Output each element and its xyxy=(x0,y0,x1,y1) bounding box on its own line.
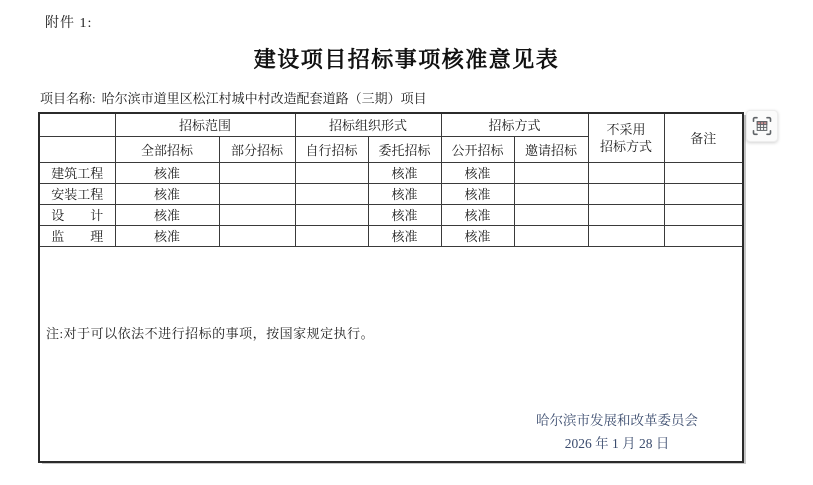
table-cell xyxy=(588,162,664,183)
row-label: 安装工程 xyxy=(39,183,115,204)
header-no-bidding-line2: 招标方式 xyxy=(591,138,662,155)
table-row-construction: 建筑工程 核准 核准 核准 xyxy=(39,162,743,183)
row-label: 设 计 xyxy=(39,204,115,225)
header-no-bidding-line1: 不采用 xyxy=(591,121,662,138)
project-name-value: 哈尔滨市道里区松江村城中村改造配套道路（三期）项目 xyxy=(102,91,427,106)
header-remark: 备注 xyxy=(664,113,743,162)
table-cell xyxy=(295,183,368,204)
table-cell xyxy=(514,162,588,183)
project-name-label: 项目名称: xyxy=(40,91,96,106)
table-cell xyxy=(588,204,664,225)
signature-date: 2026 年 1 月 28 日 xyxy=(536,432,698,455)
table-row-design: 设 计 核准 核准 核准 xyxy=(39,204,743,225)
table-row-supervision: 监 理 核准 核准 核准 xyxy=(39,225,743,246)
sub-header-full-bidding: 全部招标 xyxy=(115,136,219,162)
table-cell xyxy=(295,225,368,246)
table-cell: 核准 xyxy=(441,183,514,204)
table-cell: 核准 xyxy=(115,204,219,225)
header-no-bidding: 不采用 招标方式 xyxy=(588,113,664,162)
table-cell xyxy=(219,183,295,204)
table-cell xyxy=(219,225,295,246)
table-cell xyxy=(219,162,295,183)
table-cell xyxy=(588,225,664,246)
table-cell xyxy=(664,204,743,225)
table-cell xyxy=(588,183,664,204)
table-cell: 核准 xyxy=(368,204,441,225)
corner-cell xyxy=(39,113,115,136)
footer-merged-row: 注:对于可以依法不进行招标的事项，按国家规定执行。 哈尔滨市发展和改革委员会 2… xyxy=(39,246,743,462)
attachment-label: 附件 1: xyxy=(45,12,92,32)
group-header-scope: 招标范围 xyxy=(115,113,295,136)
corner-cell-2 xyxy=(39,136,115,162)
table-cell xyxy=(664,162,743,183)
page-title: 建设项目招标事项核准意见表 xyxy=(0,43,813,74)
table-cell: 核准 xyxy=(368,225,441,246)
table-cell xyxy=(514,183,588,204)
table-cell xyxy=(514,225,588,246)
sub-header-entrusted-bidding: 委托招标 xyxy=(368,136,441,162)
signature-organization: 哈尔滨市发展和改革委员会 xyxy=(536,409,698,432)
approval-table: 招标范围 招标组织形式 招标方式 不采用 招标方式 备注 全部招标 部分招标 自… xyxy=(38,112,744,463)
table-cell: 核准 xyxy=(441,204,514,225)
sub-header-self-bidding: 自行招标 xyxy=(295,136,368,162)
project-name-line: 项目名称:哈尔滨市道里区松江村城中村改造配套道路（三期）项目 xyxy=(40,88,427,107)
table-cell xyxy=(664,183,743,204)
signature-block: 哈尔滨市发展和改革委员会 2026 年 1 月 28 日 xyxy=(536,409,698,455)
note-signature-cell: 注:对于可以依法不进行招标的事项，按国家规定执行。 哈尔滨市发展和改革委员会 2… xyxy=(39,246,743,462)
table-cell: 核准 xyxy=(368,162,441,183)
sub-header-invited-bidding: 邀请招标 xyxy=(514,136,588,162)
table-cell: 核准 xyxy=(115,225,219,246)
table-cell: 核准 xyxy=(441,162,514,183)
table-cell xyxy=(664,225,743,246)
table-cell xyxy=(295,162,368,183)
header-row-groups: 招标范围 招标组织形式 招标方式 不采用 招标方式 备注 xyxy=(39,113,743,136)
group-header-method: 招标方式 xyxy=(441,113,588,136)
table-cell xyxy=(514,204,588,225)
table-cell xyxy=(295,204,368,225)
table-cell: 核准 xyxy=(115,162,219,183)
row-label: 监 理 xyxy=(39,225,115,246)
note-text: 注:对于可以依法不进行招标的事项，按国家规定执行。 xyxy=(46,323,374,342)
group-header-organization: 招标组织形式 xyxy=(295,113,441,136)
table-cell xyxy=(219,204,295,225)
table-cell: 核准 xyxy=(115,183,219,204)
table-capture-icon xyxy=(752,116,772,136)
table-cell: 核准 xyxy=(368,183,441,204)
table-row-installation: 安装工程 核准 核准 核准 xyxy=(39,183,743,204)
table-capture-button[interactable] xyxy=(746,110,778,142)
sub-header-open-bidding: 公开招标 xyxy=(441,136,514,162)
row-label: 建筑工程 xyxy=(39,162,115,183)
table-cell: 核准 xyxy=(441,225,514,246)
sub-header-partial-bidding: 部分招标 xyxy=(219,136,295,162)
